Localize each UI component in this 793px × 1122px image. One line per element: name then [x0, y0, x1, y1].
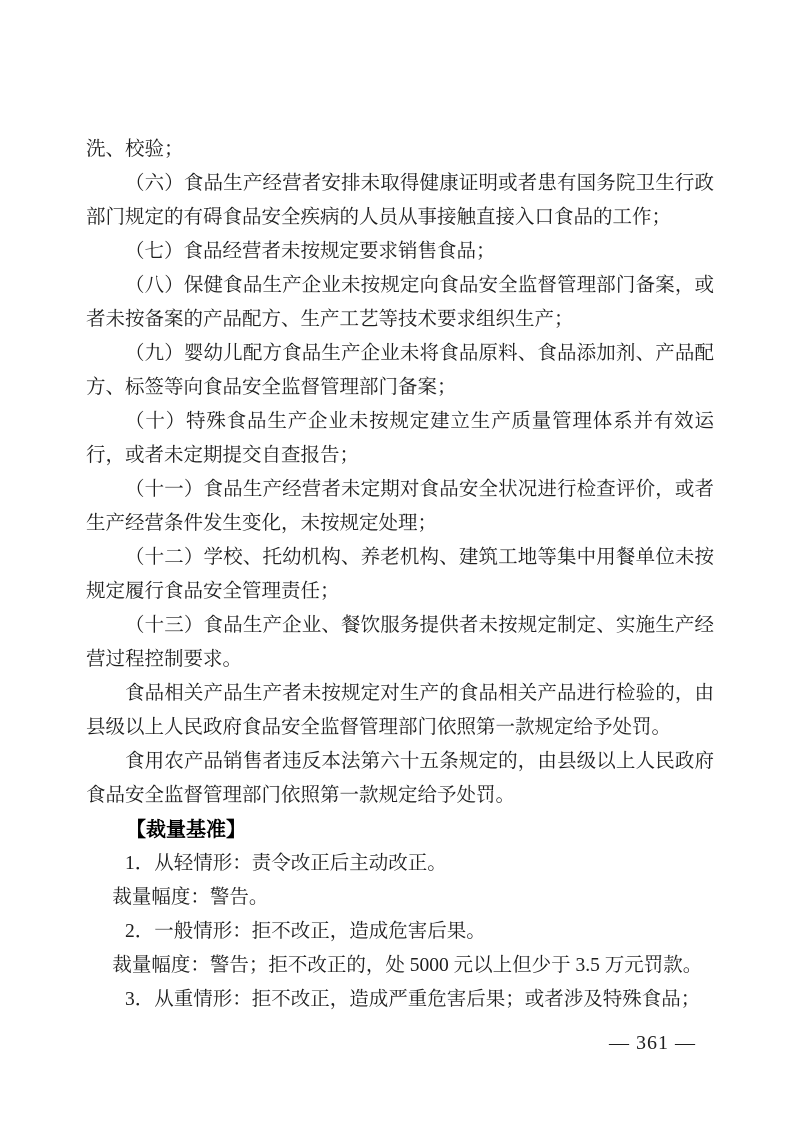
text-line: 生产经营条件发生变化，未按规定处理； [86, 507, 714, 541]
text-line: 裁量幅度：警告。 [86, 881, 714, 915]
document-page: 洗、校验；（六）食品生产经营者安排未取得健康证明或者患有国务院卫生行政部门规定的… [0, 0, 793, 1122]
text-line: （十二）学校、托幼机构、养老机构、建筑工地等集中用餐单位未按 [86, 541, 714, 575]
section-heading-line: 【裁量基准】 [86, 813, 714, 847]
text-line: 行，或者未定期提交自查报告； [86, 439, 714, 473]
text-line: 1．从轻情形：责令改正后主动改正。 [86, 847, 714, 881]
text-line: （九）婴幼儿配方食品生产企业未将食品原料、食品添加剂、产品配 [86, 337, 714, 371]
text-line: 部门规定的有碍食品安全疾病的人员从事接触直接入口食品的工作； [86, 201, 714, 235]
text-line: 食品安全监督管理部门依照第一款规定给予处罚。 [86, 779, 714, 813]
text-line: 3．从重情形：拒不改正，造成严重危害后果；或者涉及特殊食品； [86, 983, 714, 1017]
text-line: （八）保健食品生产企业未按规定向食品安全监督管理部门备案，或 [86, 269, 714, 303]
text-line: 方、标签等向食品安全监督管理部门备案； [86, 371, 714, 405]
text-line: 县级以上人民政府食品安全监督管理部门依照第一款规定给予处罚。 [86, 711, 714, 745]
text-line: 食品相关产品生产者未按规定对生产的食品相关产品进行检验的，由 [86, 677, 714, 711]
text-line: （十一）食品生产经营者未定期对食品安全状况进行检查评价，或者 [86, 473, 714, 507]
text-line: 营过程控制要求。 [86, 643, 714, 677]
text-line: 2．一般情形：拒不改正，造成危害后果。 [86, 915, 714, 949]
text-line: 规定履行食品安全管理责任； [86, 575, 714, 609]
page-number: — 361 — [609, 1030, 696, 1056]
text-line: 裁量幅度：警告；拒不改正的，处 5000 元以上但少于 3.5 万元罚款。 [86, 949, 714, 983]
text-line: （六）食品生产经营者安排未取得健康证明或者患有国务院卫生行政 [86, 167, 714, 201]
document-body: 洗、校验；（六）食品生产经营者安排未取得健康证明或者患有国务院卫生行政部门规定的… [86, 133, 714, 1017]
text-line: （七）食品经营者未按规定要求销售食品； [86, 235, 714, 269]
text-line: 者未按备案的产品配方、生产工艺等技术要求组织生产； [86, 303, 714, 337]
text-line: 洗、校验； [86, 133, 714, 167]
text-line: （十三）食品生产企业、餐饮服务提供者未按规定制定、实施生产经 [86, 609, 714, 643]
text-line: 食用农产品销售者违反本法第六十五条规定的，由县级以上人民政府 [86, 745, 714, 779]
text-line: （十）特殊食品生产企业未按规定建立生产质量管理体系并有效运 [86, 405, 714, 439]
